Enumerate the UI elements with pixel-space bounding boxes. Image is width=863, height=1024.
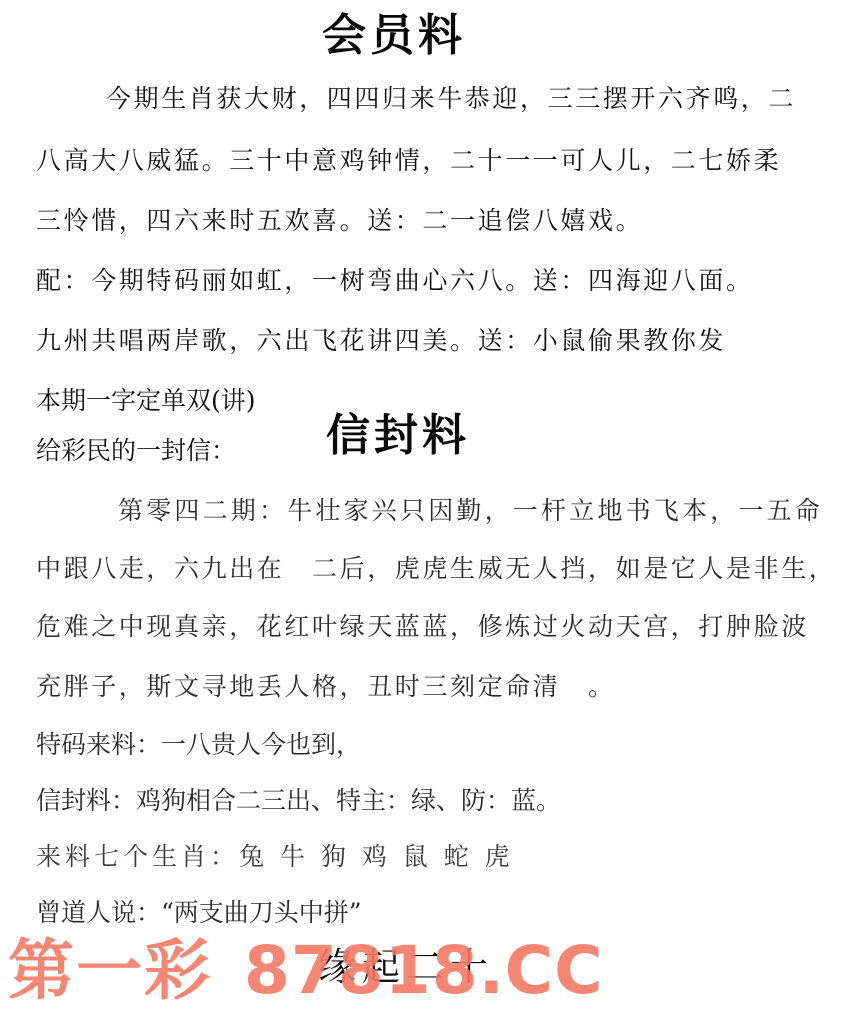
text-line: 三怜惜，四六来时五欢喜。送：二一追偿八嬉戏。 <box>36 208 643 233</box>
text-line: 曾道人说：“两支曲刀头中拼” <box>36 900 362 925</box>
text-line: 充胖子，斯文寻地丢人格，丑时三刻定命清 。 <box>36 674 616 699</box>
text-line: 特码来料：一八贵人今也到， <box>36 732 361 757</box>
text-line: 八高大八威猛。三十中意鸡钟情，二十一一可人儿，二七娇柔 <box>36 148 781 173</box>
text-line: 给彩民的一封信： <box>36 438 236 463</box>
watermark-brand: 第一彩 <box>8 932 212 1009</box>
text-line: 今期生肖获大财，四四归来牛恭迎，三三摆开六齐鸣，二 <box>106 86 796 111</box>
text-line: 第零四二期：牛壮家兴只因勤，一杆立地书飞本，一五命 <box>118 498 823 523</box>
text-line: 中跟八走，六九出在 二后，虎虎生威无人挡，如是它人是非生， <box>36 556 836 581</box>
text-line: 本期一字定单双(讲) <box>36 388 256 413</box>
section-title-envelope: 信封料 <box>326 414 470 458</box>
text-line: 危难之中现真亲，花红叶绿天蓝蓝，修炼过火动天宫，打肿脸波 <box>36 614 809 639</box>
watermark: 第一彩87818.CC <box>8 938 604 1004</box>
text-line: 九州共唱两岸歌，六出飞花讲四美。送：小鼠偷果教你发 <box>36 328 726 353</box>
document-page: 会员料 今期生肖获大财，四四归来牛恭迎，三三摆开六齐鸣，二 八高大八威猛。三十中… <box>0 0 863 1024</box>
section-title-member: 会员料 <box>322 14 466 58</box>
watermark-domain: 87818.CC <box>244 932 604 1009</box>
text-line: 信封料：鸡狗相合二三出、特主：绿、防：蓝。 <box>36 788 561 813</box>
text-line: 来料七个生肖：兔 牛 狗 鸡 鼠 蛇 虎 <box>36 844 514 869</box>
text-line: 配：今期特码丽如虹，一树弯曲心六八。送：四海迎八面。 <box>36 268 754 293</box>
